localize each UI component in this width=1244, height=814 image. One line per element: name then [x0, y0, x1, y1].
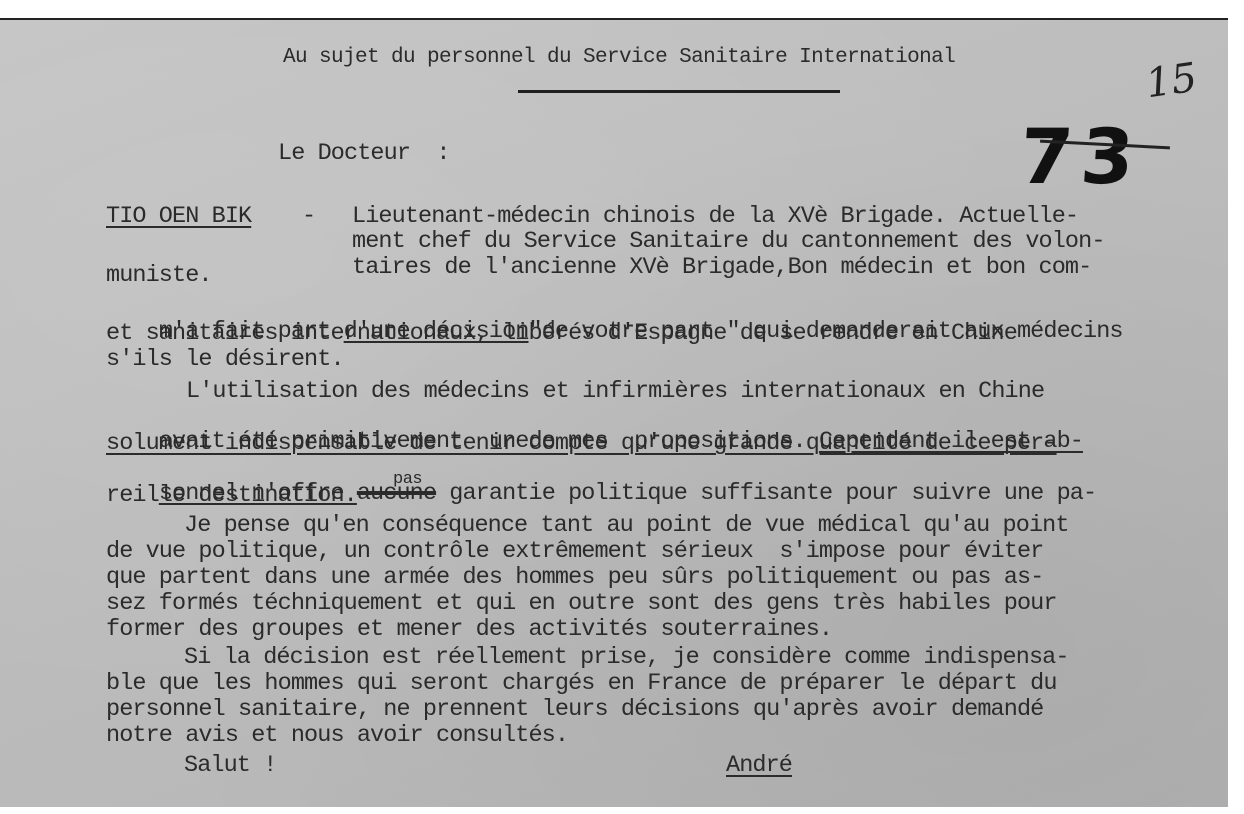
handwritten-correction: pas — [393, 470, 422, 489]
text-line: L'utilisation des médecins et infirmière… — [186, 380, 1044, 404]
handwritten-archive-number: 73 — [1017, 112, 1145, 201]
document-title: Au sujet du personnel du Service Sanitai… — [283, 47, 955, 68]
text-line: de vue politique, un contrôle extrêmemen… — [106, 540, 1043, 564]
text-line: Lieutenant-médecin chinois de la XVè Bri… — [352, 205, 1078, 229]
text-line: et sanitaires internationaux, libérés d'… — [106, 322, 1017, 346]
text-line: Si la décision est réellement prise, je … — [184, 646, 1069, 670]
text-line: notre avis et nous avoir consultés. — [106, 724, 568, 748]
closing: Salut ! — [184, 754, 276, 778]
handwritten-folio-number: 15 — [1143, 55, 1200, 108]
text-line: former des groupes et mener des activité… — [106, 618, 832, 642]
text-line: s'ils le désirent. — [106, 348, 344, 372]
title-underline — [518, 90, 840, 93]
document-page: Au sujet du personnel du Service Sanitai… — [0, 18, 1228, 807]
signature: André — [726, 754, 792, 778]
text-line: Je pense qu'en conséquence tant au point… — [184, 514, 1069, 538]
subject-name: TIO OEN BIK — [106, 205, 251, 229]
text-line: muniste. — [106, 264, 212, 288]
text-line: solument indispensable de tenir compte q… — [106, 432, 1057, 456]
text-line: que partent dans une armée des hommes pe… — [106, 566, 1043, 590]
subject-dash: - — [302, 205, 315, 229]
text-line: ment chef du Service Sanitaire du canton… — [352, 230, 1105, 254]
salutation: Le Docteur : — [278, 142, 450, 166]
text-segment: garantie politique suffisante pour suivr… — [436, 480, 1096, 507]
text-line: taires de l'ancienne XVè Brigade,Bon méd… — [352, 256, 1091, 280]
text-line: ble que les hommes qui seront chargés en… — [106, 672, 1057, 696]
text-line: reille destination. — [106, 484, 357, 508]
text-line: personnel sanitaire, ne prennent leurs d… — [106, 698, 1043, 722]
text-line: sez formés téchniquement et qui en outre… — [106, 592, 1057, 616]
